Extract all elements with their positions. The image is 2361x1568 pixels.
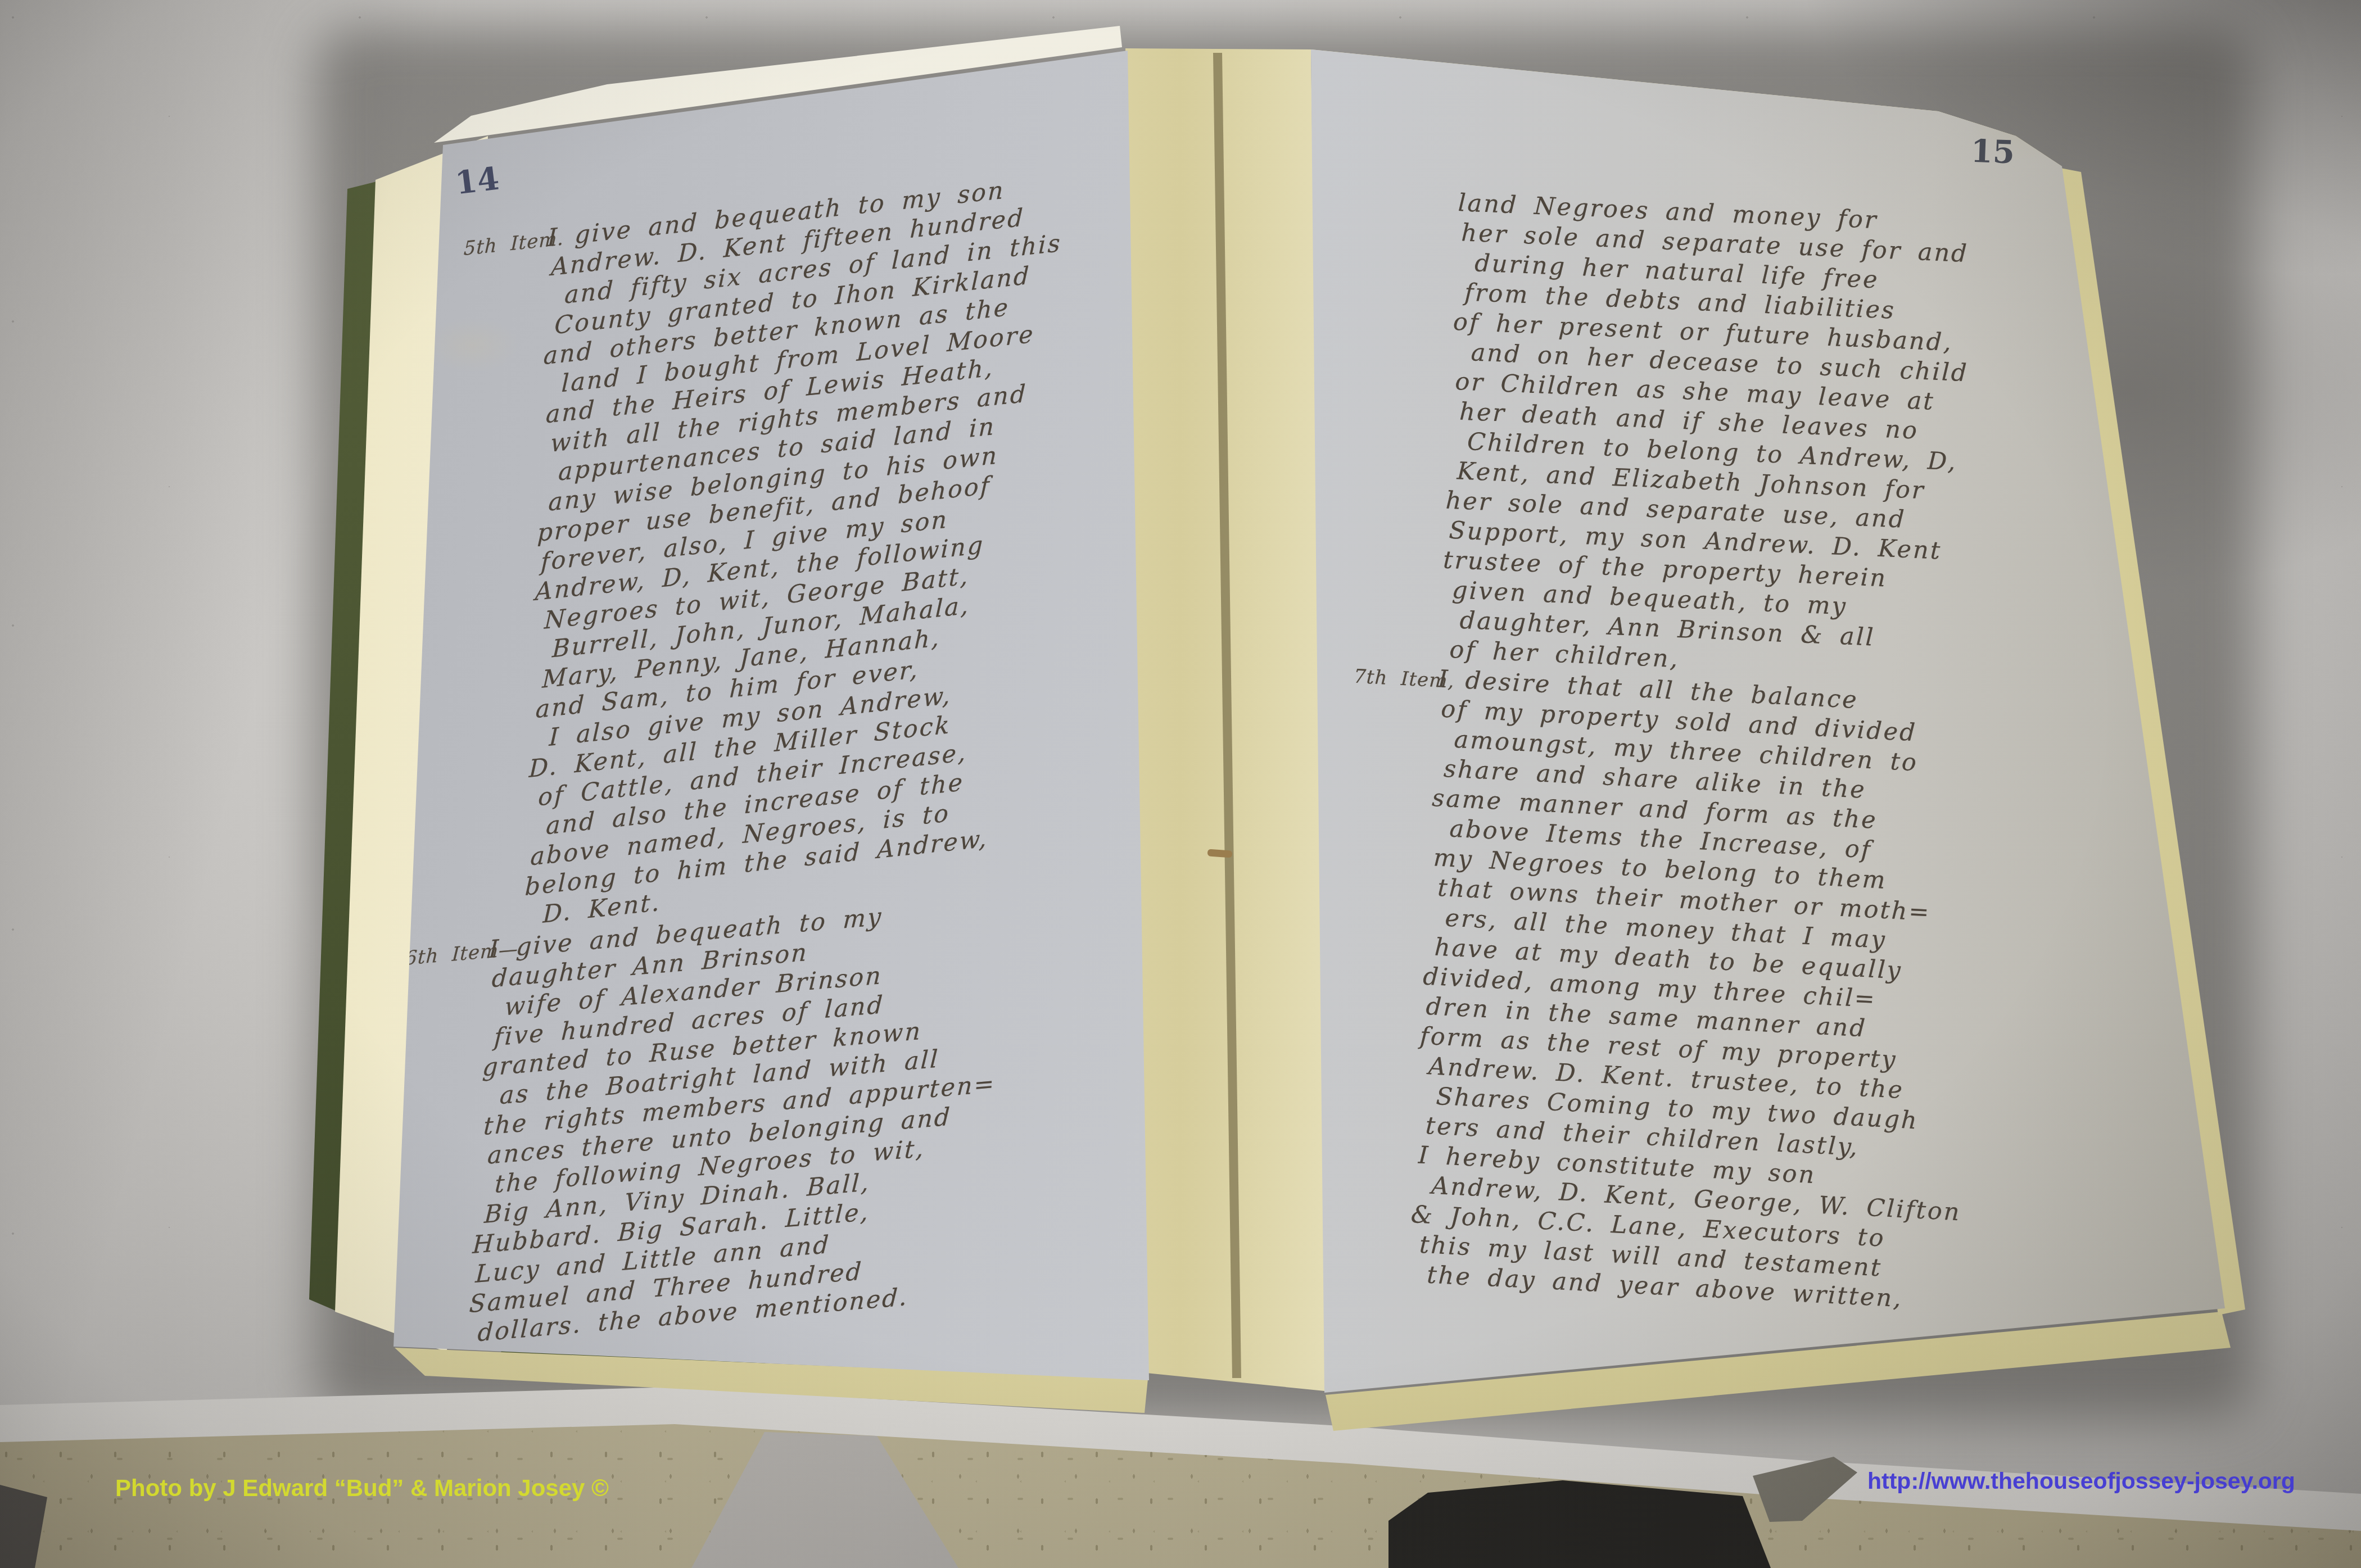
right-page-number: 15	[1970, 135, 2015, 169]
manuscript-item: 6th Item—I give and bequeath to mydaught…	[467, 871, 1250, 1349]
photo-credit-watermark: Photo by J Edward “Bud” & Marion Josey ©	[115, 1475, 609, 1502]
item-margin-label: 6th Item—	[404, 937, 485, 973]
item-margin-label: 5th Item.	[463, 226, 544, 264]
photograph-of-record-book: 14 5th Item.I give and bequeath to my so…	[0, 0, 2361, 1568]
right-page-manuscript: land Negroes and money forher sole and s…	[1413, 188, 2189, 1320]
left-page-number: 14	[454, 162, 501, 199]
manuscript-item: 7th Item,I desire that all the balanceof…	[1407, 664, 2169, 1326]
website-watermark: http://www.thehouseofjossey-josey.org	[1867, 1468, 2295, 1494]
item-margin-label: 7th Item,	[1353, 662, 1434, 696]
